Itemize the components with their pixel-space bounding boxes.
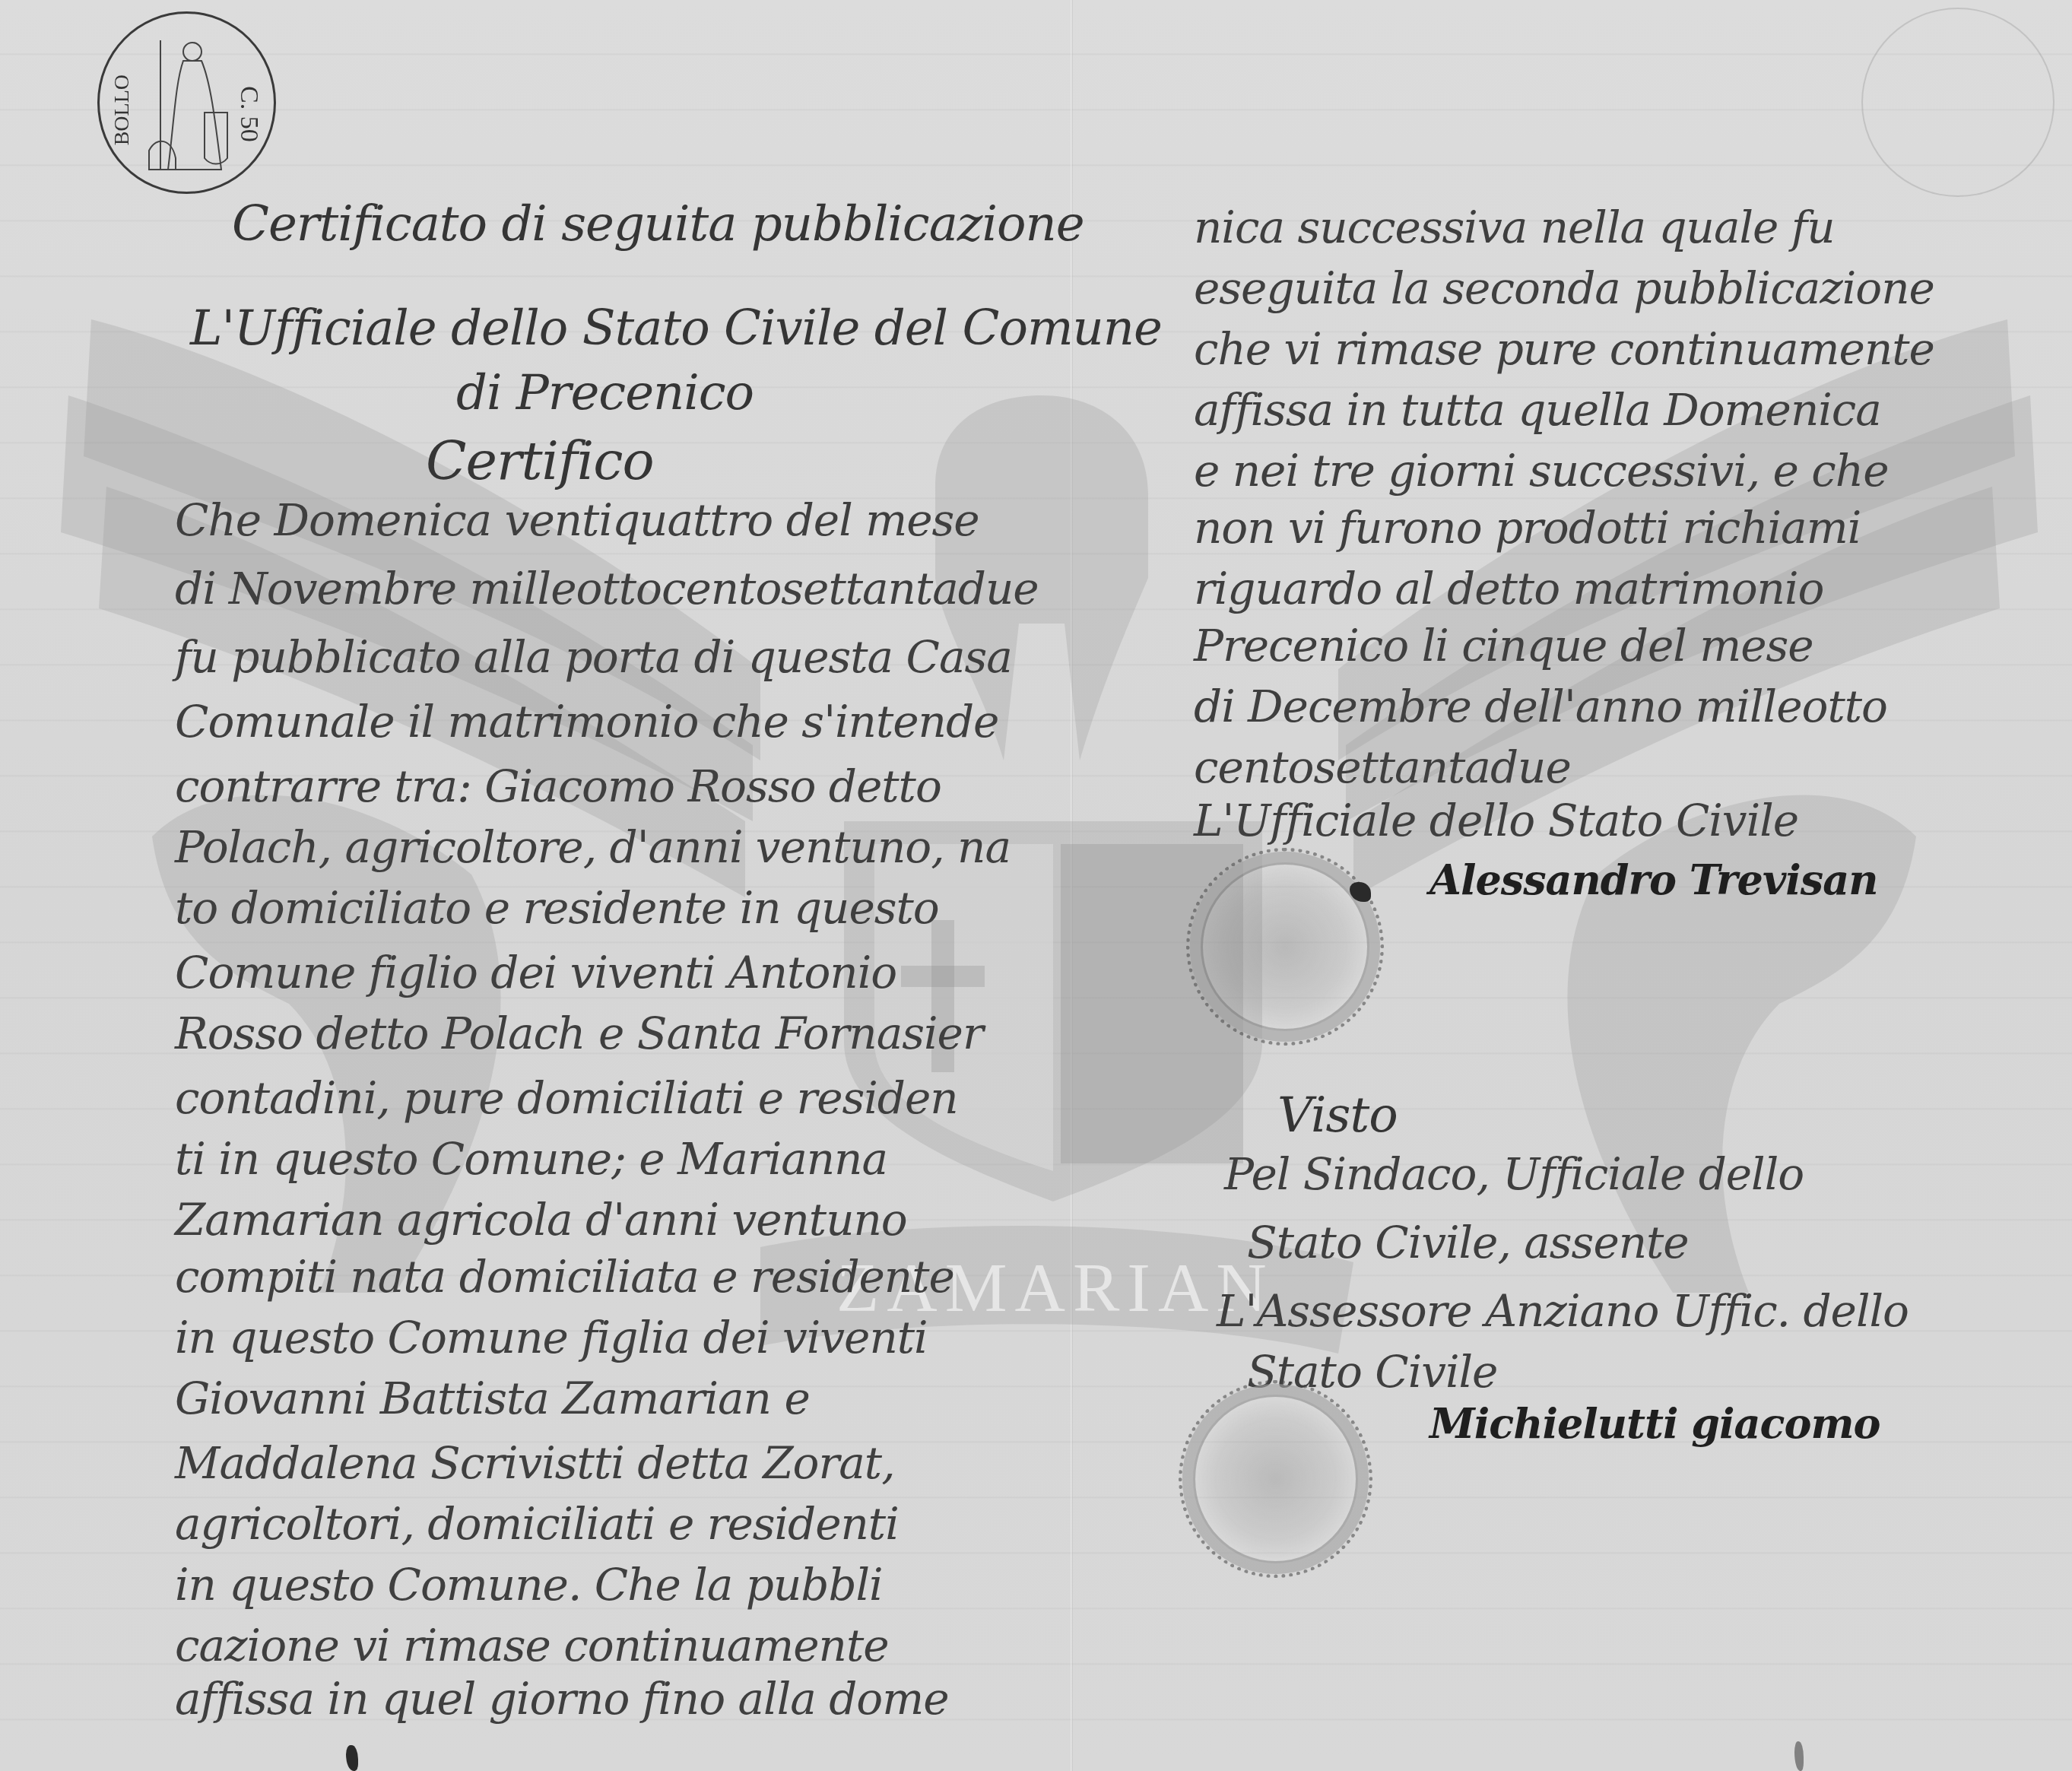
page-fold (1071, 0, 1073, 1771)
revenue-stamp: BOLLO C. 50 (97, 11, 276, 194)
text-line: Certifico (426, 430, 654, 492)
ink-blot (346, 1745, 358, 1771)
certificate-title: Certificato di seguita pubblicazione (232, 196, 1084, 252)
text-line: riguardo al detto matrimonio (1194, 563, 1823, 614)
text-line: affissa in tutta quella Domenica (1194, 384, 1881, 436)
civil-status-seal-stamp (1186, 848, 1384, 1046)
text-line: nica successiva nella quale fu (1194, 202, 1835, 253)
text-line: di Novembre milleottocentosettantadue (175, 563, 1039, 614)
text-line: L'Assessore Anziano Uffic. dello (1217, 1285, 1909, 1337)
text-line: Comune figlio dei viventi Antonio (175, 947, 896, 998)
text-line: in questo Comune figlia dei viventi (175, 1312, 928, 1363)
text-line: agricoltori, domiciliati e residenti (175, 1498, 899, 1550)
text-line: contadini, pure domiciliati e residen (175, 1072, 958, 1124)
text-line: di Precenico (456, 365, 754, 421)
text-line: che vi rimase pure continuamente (1194, 323, 1934, 375)
text-line: Polach, agricoltore, d'anni ventuno, na (175, 821, 1011, 873)
text-line: cazione vi rimase continuamente (175, 1620, 889, 1671)
text-line: e nei tre giorni successivi, e che (1194, 445, 1888, 497)
text-line: ti in questo Comune; e Marianna (175, 1133, 887, 1185)
text-line: eseguita la seconda pubblicazione (1194, 262, 1934, 314)
document-page: ZAMARIAN BOLLO C. 50 Certificato di segu… (0, 0, 2072, 1771)
text-line: Rosso detto Polach e Santa Fornasier (175, 1008, 983, 1059)
text-line: to domiciliato e residente in questo (175, 882, 939, 934)
text-line: contrarre tra: Giacomo Rosso detto (175, 760, 941, 812)
embossed-seal (1861, 8, 2055, 197)
text-line: L'Ufficiale dello Stato Civile (1194, 795, 1798, 846)
allegorical-figure-icon (145, 29, 236, 181)
ink-blot (1794, 1741, 1804, 1771)
text-line: non vi furono prodotti richiami (1194, 502, 1861, 554)
text-line: Stato Civile, assente (1247, 1217, 1689, 1268)
text-line: di Decembre dell'anno milleotto (1194, 681, 1887, 732)
text-line: Che Domenica ventiquattro del mese (175, 494, 979, 546)
revenue-stamp-denomination: C. 50 (234, 86, 263, 142)
text-line: Comunale il matrimonio che s'intende (175, 696, 998, 747)
visto-heading: Visto (1277, 1087, 1398, 1144)
text-line: L'Ufficiale dello Stato Civile del Comun… (190, 300, 1162, 357)
text-line: Maddalena Scrivistti detta Zorat, (175, 1437, 895, 1489)
text-line: Precenico li cinque del mese (1194, 620, 1813, 671)
text-line: affissa in quel giorno fino alla dome (175, 1673, 949, 1725)
revenue-stamp-legend: BOLLO (110, 75, 135, 145)
text-line: centosettantadue (1194, 741, 1571, 793)
text-line: fu pubblicato alla porta di questa Casa (175, 631, 1012, 683)
signature-officer: Alessandro Trevisan (1429, 855, 1877, 904)
signature-assessor: Michielutti giacomo (1429, 1399, 1880, 1448)
text-line: Pel Sindaco, Ufficiale dello (1224, 1148, 1804, 1200)
text-line: Zamarian agricola d'anni ventuno (175, 1194, 907, 1246)
text-line: in questo Comune. Che la pubbli (175, 1559, 883, 1611)
text-line: Giovanni Battista Zamarian e (175, 1373, 810, 1424)
text-line: compiti nata domiciliata e residente (175, 1251, 954, 1303)
municipal-seal-stamp (1179, 1380, 1372, 1578)
